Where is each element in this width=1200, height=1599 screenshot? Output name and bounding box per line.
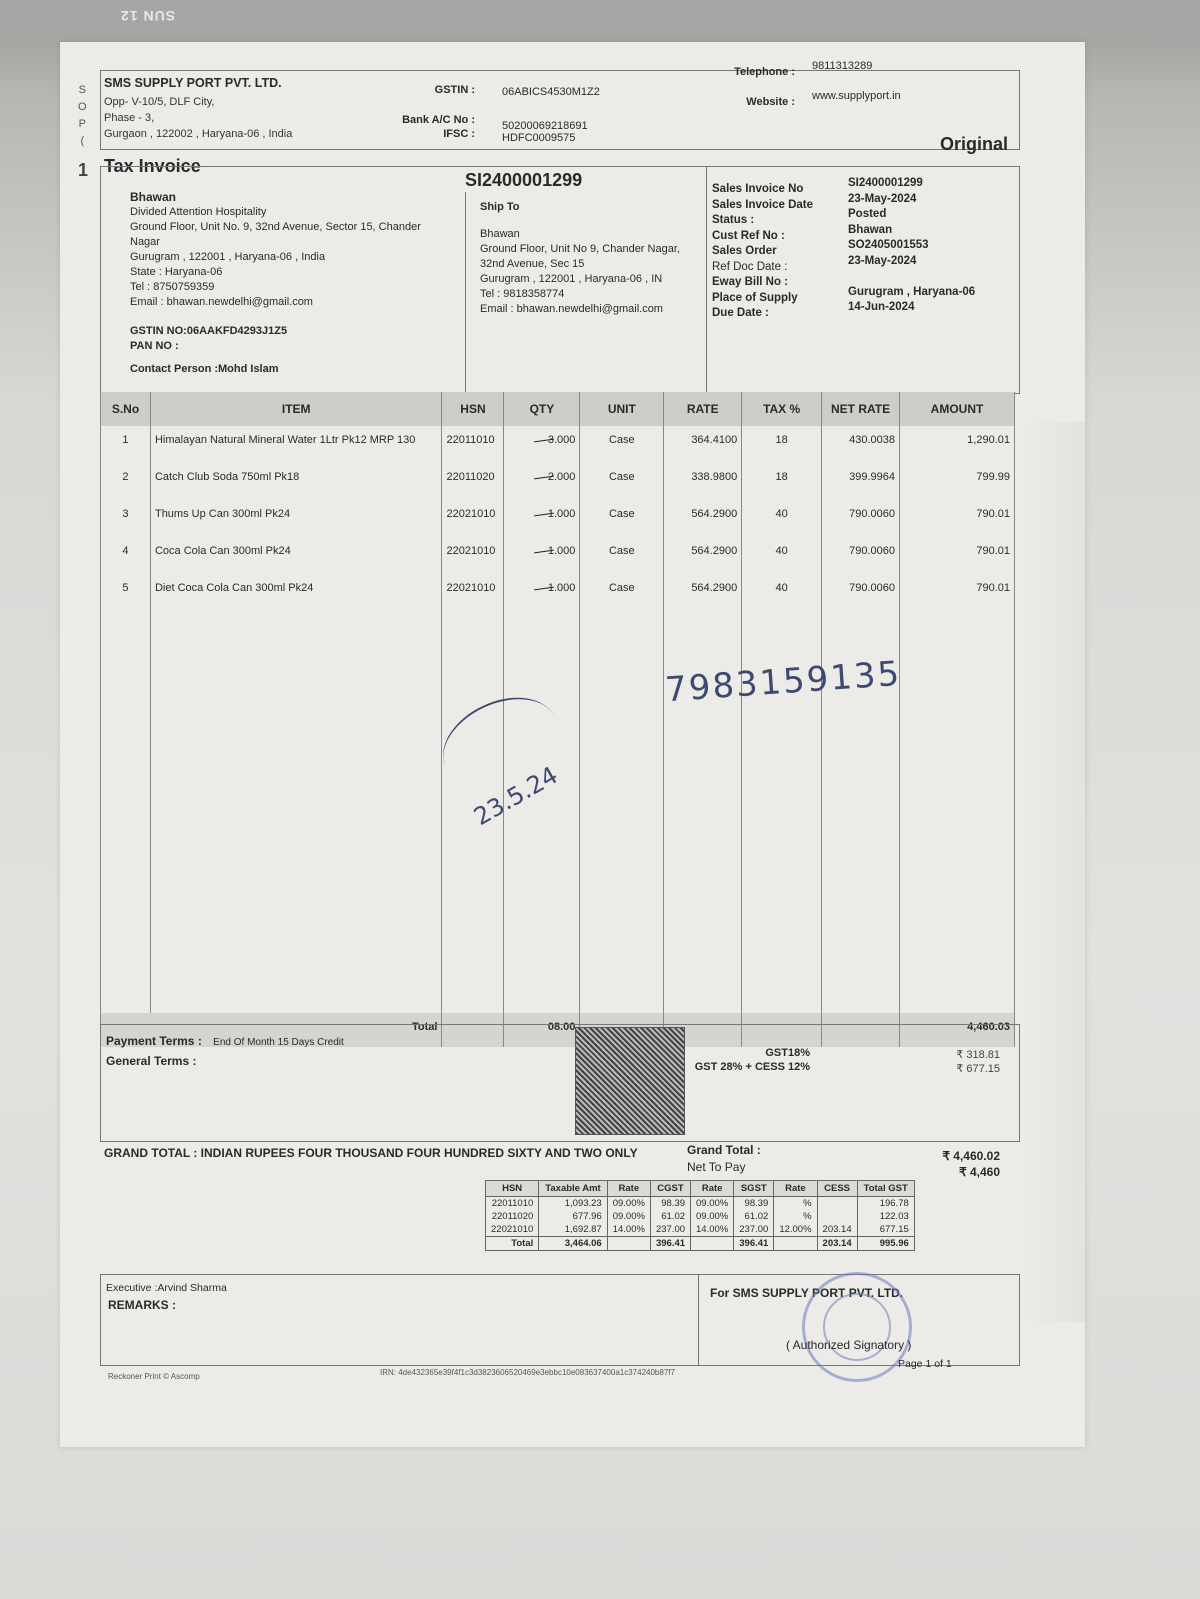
cell-sno: 5 (101, 574, 151, 611)
table-row: 5Diet Coca Cola Can 300ml Pk24220210101.… (101, 574, 1015, 611)
payment-terms-value: End Of Month 15 Days Credit (213, 1037, 344, 1048)
cell-tax: 40 (742, 574, 822, 611)
cell-item: Himalayan Natural Mineral Water 1Ltr Pk1… (150, 426, 442, 463)
hsn-col-header: CGST (650, 1181, 690, 1197)
cell-sno: 2 (101, 463, 151, 500)
cell-unit: Case (580, 426, 664, 463)
table-row: 2Catch Club Soda 750ml Pk18220110202.000… (101, 463, 1015, 500)
hsn-col-header: Taxable Amt (539, 1181, 607, 1197)
table-row: 3Thums Up Can 300ml Pk24220210101.000Cas… (101, 500, 1015, 537)
company-stamp-icon (802, 1272, 912, 1382)
bill-to-name: Bhawan (130, 190, 421, 205)
cell-tax: 18 (742, 426, 822, 463)
cell-hsn: 22011010 (442, 426, 504, 463)
contact-person: Contact Person :Mohd Islam (130, 362, 421, 377)
bank-label: Bank A/C No : (365, 114, 475, 126)
cell-amount: 799.99 (900, 463, 1015, 500)
cell-net-rate: 430.0038 (822, 426, 900, 463)
terms-block: Payment Terms : End Of Month 15 Days Cre… (106, 1032, 344, 1070)
cell-sno: 3 (101, 500, 151, 537)
cell-amount: 1,290.01 (900, 426, 1015, 463)
col-tax: TAX % (742, 392, 822, 426)
cell-hsn: 22021010 (442, 537, 504, 574)
cell-rate: 564.2900 (664, 537, 742, 574)
cell-net-rate: 790.0060 (822, 500, 900, 537)
grand-total-value: ₹ 4,460.02 (900, 1148, 1000, 1164)
website-value: www.supplyport.in (812, 90, 901, 102)
cell-amount: 790.01 (900, 537, 1015, 574)
cell-amount: 790.01 (900, 574, 1015, 611)
bank-ac-value: 50200069218691 (502, 120, 588, 132)
copy-type: Original (940, 134, 1008, 155)
hsn-col-header: Rate (774, 1181, 817, 1197)
cell-unit: Case (580, 500, 664, 537)
col-qty: QTY (504, 392, 580, 426)
cell-item: Catch Club Soda 750ml Pk18 (150, 463, 442, 500)
cell-item: Coca Cola Can 300ml Pk24 (150, 537, 442, 574)
hsn-col-header: CESS (817, 1181, 857, 1197)
hsn-total-row: Total3,464.06396.41396.41203.14995.96 (486, 1237, 915, 1251)
cell-unit: Case (580, 537, 664, 574)
cell-hsn: 22011020 (442, 463, 504, 500)
cell-sno: 4 (101, 537, 151, 574)
grand-total-values: ₹ 4,460.02 ₹ 4,460 (900, 1148, 1000, 1180)
cell-net-rate: 790.0060 (822, 537, 900, 574)
cell-rate: 338.9800 (664, 463, 742, 500)
cell-sno: 1 (101, 426, 151, 463)
invoice-meta-labels: Sales Invoice No Sales Invoice Date Stat… (712, 182, 813, 322)
hsn-summary-table: HSNTaxable AmtRateCGSTRateSGSTRateCESSTo… (485, 1180, 915, 1251)
telephone-value: 9811313289 (812, 60, 872, 72)
cell-tax: 40 (742, 537, 822, 574)
photo-top-strip: SUN 12 (0, 0, 1200, 40)
gstin-value: 06ABICS4530M1Z2 (502, 86, 600, 98)
cell-unit: Case (580, 463, 664, 500)
ship-to-heading: Ship To (480, 200, 680, 215)
ifsc-label: IFSC : (365, 128, 475, 140)
executive-name: Executive :Arvind Sharma (106, 1282, 227, 1294)
cell-item: Thums Up Can 300ml Pk24 (150, 500, 442, 537)
col-amount: AMOUNT (900, 392, 1015, 426)
cell-qty: 2.000 (504, 463, 580, 500)
hsn-col-header: Total GST (857, 1181, 914, 1197)
table-row: 1Himalayan Natural Mineral Water 1Ltr Pk… (101, 426, 1015, 463)
cell-rate: 564.2900 (664, 574, 742, 611)
hsn-col-header: Rate (691, 1181, 734, 1197)
cell-tax: 18 (742, 463, 822, 500)
cell-net-rate: 399.9964 (822, 463, 900, 500)
binding-number: 1 (78, 160, 88, 181)
page-number: Page 1 of 1 (898, 1358, 952, 1370)
authorized-signatory: ( Authorized Signatory ) (786, 1338, 911, 1352)
col-rate: RATE (664, 392, 742, 426)
col-item: ITEM (150, 392, 442, 426)
cell-rate: 364.4100 (664, 426, 742, 463)
hsn-col-header: SGST (734, 1181, 774, 1197)
cell-unit: Case (580, 574, 664, 611)
col-net-rate: NET RATE (822, 392, 900, 426)
bill-to-pan: PAN NO : (130, 339, 421, 354)
gst-summary-labels: GST18% GST 28% + CESS 12% (690, 1046, 810, 1074)
invoice-paper: S O P ( 1 SMS SUPPLY PORT PVT. LTD. Opp-… (60, 42, 1085, 1447)
cell-hsn: 22021010 (442, 500, 504, 537)
cell-qty: 3.000 (504, 426, 580, 463)
bill-to: Bhawan Divided Attention Hospitality Gro… (130, 190, 421, 377)
grand-total-labels: Grand Total : Net To Pay (687, 1142, 761, 1176)
website-label: Website : (685, 96, 795, 108)
cell-amount: 790.01 (900, 500, 1015, 537)
col-hsn: HSN (442, 392, 504, 426)
payment-terms-label: Payment Terms : (106, 1034, 202, 1048)
invoice-meta-values: SI2400001299 23-May-2024 Posted Bhawan S… (848, 176, 975, 316)
photo-edge-text: SUN 12 (120, 8, 175, 24)
bill-to-gstin: GSTIN NO:06AAKFD4293J1Z5 (130, 324, 421, 339)
irn-number: IRN: 4de432365e39f4f1c3d3823606520469e3e… (380, 1368, 675, 1377)
hsn-col-header: HSN (486, 1181, 539, 1197)
cell-rate: 564.2900 (664, 500, 742, 537)
cell-qty: 1.000 (504, 574, 580, 611)
company-address: Opp- V-10/5, DLF City, Phase - 3, Gurgao… (104, 94, 292, 142)
company-name: SMS SUPPLY PORT PVT. LTD. (104, 76, 282, 90)
items-table: S.No ITEM HSN QTY UNIT RATE TAX % NET RA… (100, 392, 1015, 1047)
cell-tax: 40 (742, 500, 822, 537)
cell-qty: 1.000 (504, 500, 580, 537)
net-to-pay-value: ₹ 4,460 (900, 1164, 1000, 1180)
cell-net-rate: 790.0060 (822, 574, 900, 611)
grand-total-words: GRAND TOTAL : INDIAN RUPEES FOUR THOUSAN… (104, 1146, 684, 1160)
ifsc-value: HDFC0009575 (502, 132, 575, 144)
col-sno: S.No (101, 392, 151, 426)
hsn-col-header: Rate (607, 1181, 650, 1197)
remarks-label: REMARKS : (108, 1298, 176, 1312)
binding-letters: S O P ( (78, 82, 87, 150)
qr-code-icon (575, 1027, 685, 1135)
gst-summary-values: ₹ 318.81 ₹ 677.15 (920, 1048, 1000, 1076)
general-terms-label: General Terms : (106, 1052, 344, 1070)
ship-to: Ship To Bhawan Ground Floor, Unit No 9, … (480, 200, 680, 317)
hsn-row: 220210101,692.8714.00%237.0014.00%237.00… (486, 1223, 915, 1237)
gstin-label: GSTIN : (365, 84, 475, 96)
col-unit: UNIT (580, 392, 664, 426)
table-row: 4Coca Cola Can 300ml Pk24220210101.000Ca… (101, 537, 1015, 574)
telephone-label: Telephone : (685, 66, 795, 78)
cell-item: Diet Coca Cola Can 300ml Pk24 (150, 574, 442, 611)
items-header-row: S.No ITEM HSN QTY UNIT RATE TAX % NET RA… (101, 392, 1015, 426)
hsn-row: 22011020677.9609.00%61.0209.00%61.02%122… (486, 1210, 915, 1223)
cell-qty: 1.000 (504, 537, 580, 574)
cell-hsn: 22021010 (442, 574, 504, 611)
print-credit: Reckoner Print © Ascomp (108, 1372, 200, 1381)
hsn-row: 220110101,093.2309.00%98.3909.00%98.39%1… (486, 1197, 915, 1211)
